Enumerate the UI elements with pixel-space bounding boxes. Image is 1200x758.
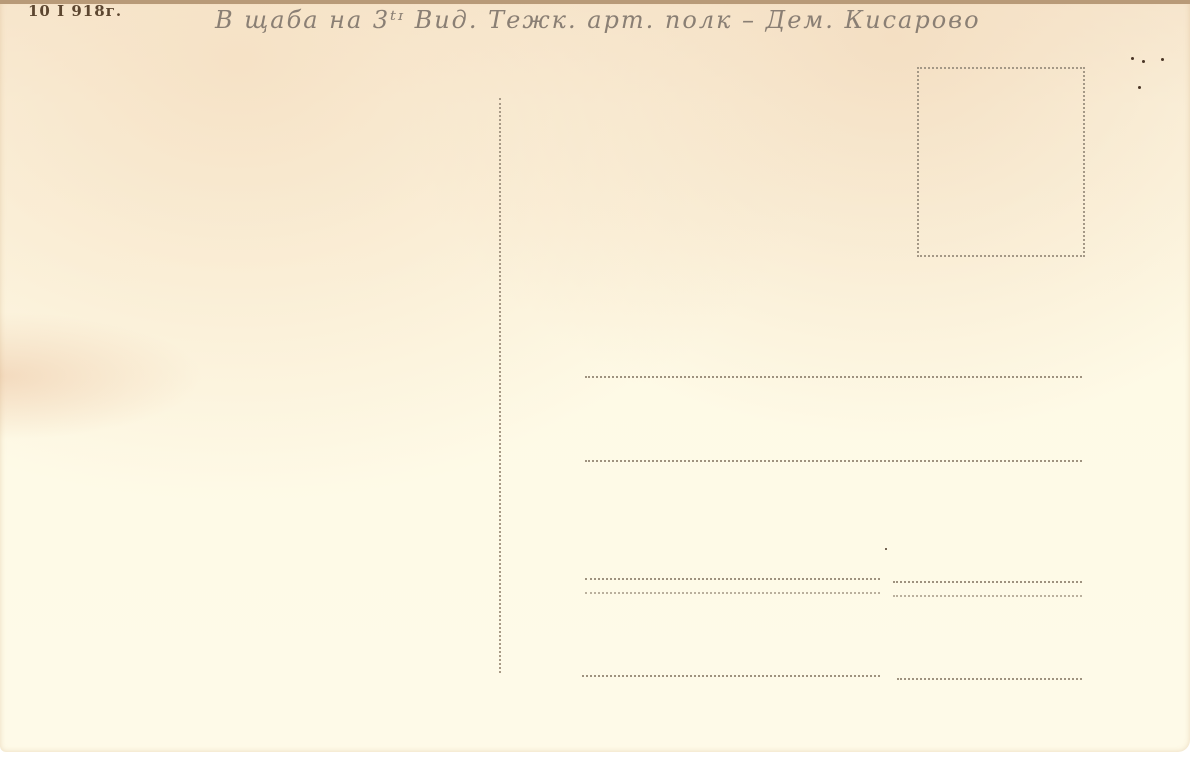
ink-speck: [885, 548, 887, 550]
stamp-placeholder-box: [917, 67, 1085, 257]
address-line-3d: [893, 595, 1082, 597]
ink-speck: [1131, 57, 1134, 60]
postcard-back: 10 I 918г. В щаба на 3ᵗᶦ Вид. Тежк. арт.…: [0, 0, 1190, 752]
ink-speck: [1138, 86, 1141, 89]
ink-speck: [1161, 58, 1164, 61]
handwritten-heading: В щаба на 3ᵗᶦ Вид. Тежк. арт. полк – Дем…: [215, 6, 981, 34]
center-divider: [499, 98, 501, 673]
address-line-3c: [585, 592, 880, 594]
address-line-3b: [893, 581, 1082, 583]
ink-speck: [1142, 60, 1145, 63]
address-line-2: [585, 460, 1082, 462]
address-line-1: [585, 376, 1082, 378]
address-line-4a: [582, 675, 880, 677]
address-line-4b: [897, 678, 1082, 680]
handwritten-date: 10 I 918г.: [28, 2, 122, 20]
address-line-3a: [585, 578, 880, 580]
